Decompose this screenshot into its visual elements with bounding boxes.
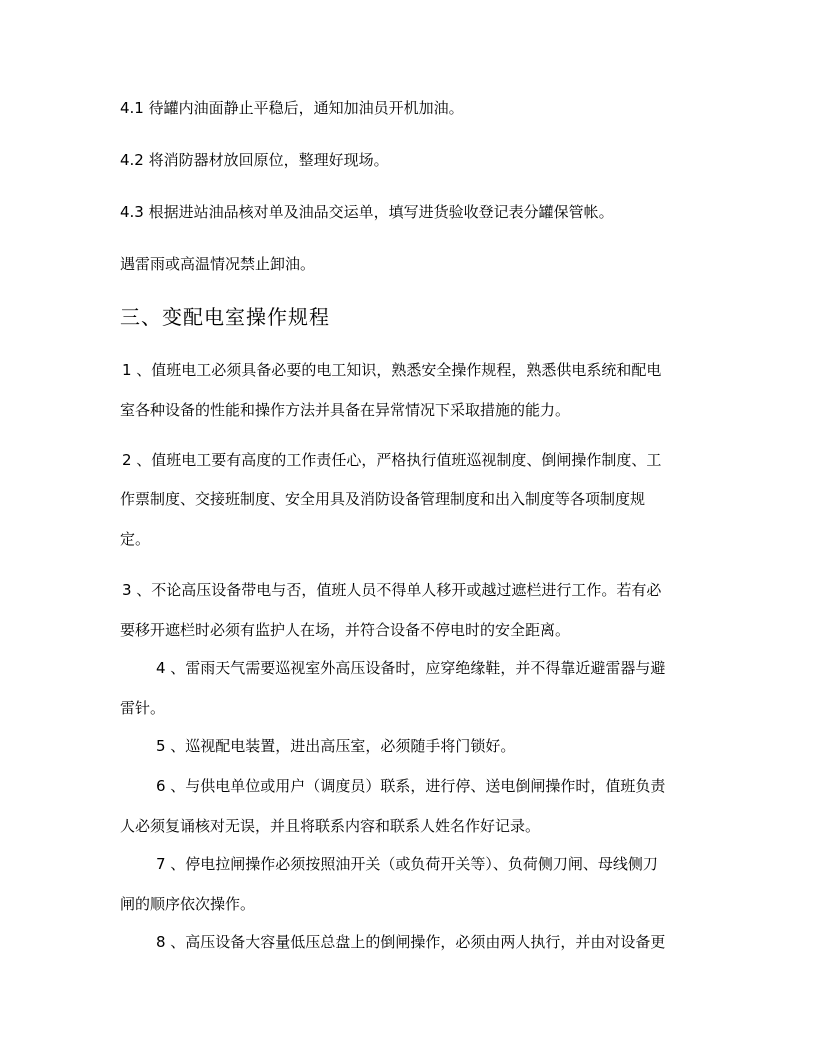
item-1-line-2: 室各种设备的性能和操作方法并具备在异常情况下采取措施的能力。: [120, 400, 570, 420]
document-page: 4.1 待罐内油面静止平稳后，通知加油员开机加油。 4.2 将消防器材放回原位，…: [0, 0, 816, 1056]
item-2-line-2: 作票制度、交接班制度、安全用具及消防设备管理制度和出入制度等各项制度规: [120, 489, 645, 509]
item-2-line-3: 定。: [120, 529, 150, 549]
paragraph-4-2: 4.2 将消防器材放回原位，整理好现场。: [120, 150, 389, 170]
item-3-line-1: 3 、不论高压设备带电与否，值班人员不得单人移开或越过遮栏进行工作。若有必: [122, 580, 661, 600]
section-title: 三、变配电室操作规程: [120, 304, 330, 330]
item-2-line-1: 2 、值班电工要有高度的工作责任心，严格执行值班巡视制度、倒闸操作制度、工: [122, 450, 661, 470]
item-3-line-2: 要移开遮栏时必须有监护人在场，并符合设备不停电时的安全距离。: [120, 620, 570, 640]
item-8-line-1: 8 、高压设备大容量低压总盘上的倒闸操作，必须由两人执行，并由对设备更: [156, 932, 665, 952]
paragraph-4-1: 4.1 待罐内油面静止平稳后，通知加油员开机加油。: [120, 98, 464, 118]
item-6-line-2: 人必须复诵核对无误，并且将联系内容和联系人姓名作好记录。: [120, 816, 540, 836]
item-5-line-1: 5 、巡视配电装置，进出高压室，必须随手将门锁好。: [156, 736, 515, 756]
item-1-line-1: 1 、值班电工必须具备必要的电工知识，熟悉安全操作规程，熟悉供电系统和配电: [122, 360, 661, 380]
paragraph-4-3: 4.3 根据进站油品核对单及油品交运单，填写进货验收登记表分罐保管帐。: [120, 202, 614, 222]
paragraph-thunderstorm-note: 遇雷雨或高温情况禁止卸油。: [120, 254, 315, 274]
item-4-line-2: 雷针。: [120, 698, 165, 718]
item-6-line-1: 6 、与供电单位或用户（调度员）联系，进行停、送电倒闸操作时，值班负责: [156, 776, 665, 796]
item-7-line-1: 7 、停电拉闸操作必须按照油开关（或负荷开关等）、负荷侧刀闸、母线侧刀: [156, 854, 658, 874]
item-4-line-1: 4 、雷雨天气需要巡视室外高压设备时，应穿绝缘鞋，并不得靠近避雷器与避: [156, 658, 665, 678]
item-7-line-2: 闸的顺序依次操作。: [120, 894, 255, 914]
